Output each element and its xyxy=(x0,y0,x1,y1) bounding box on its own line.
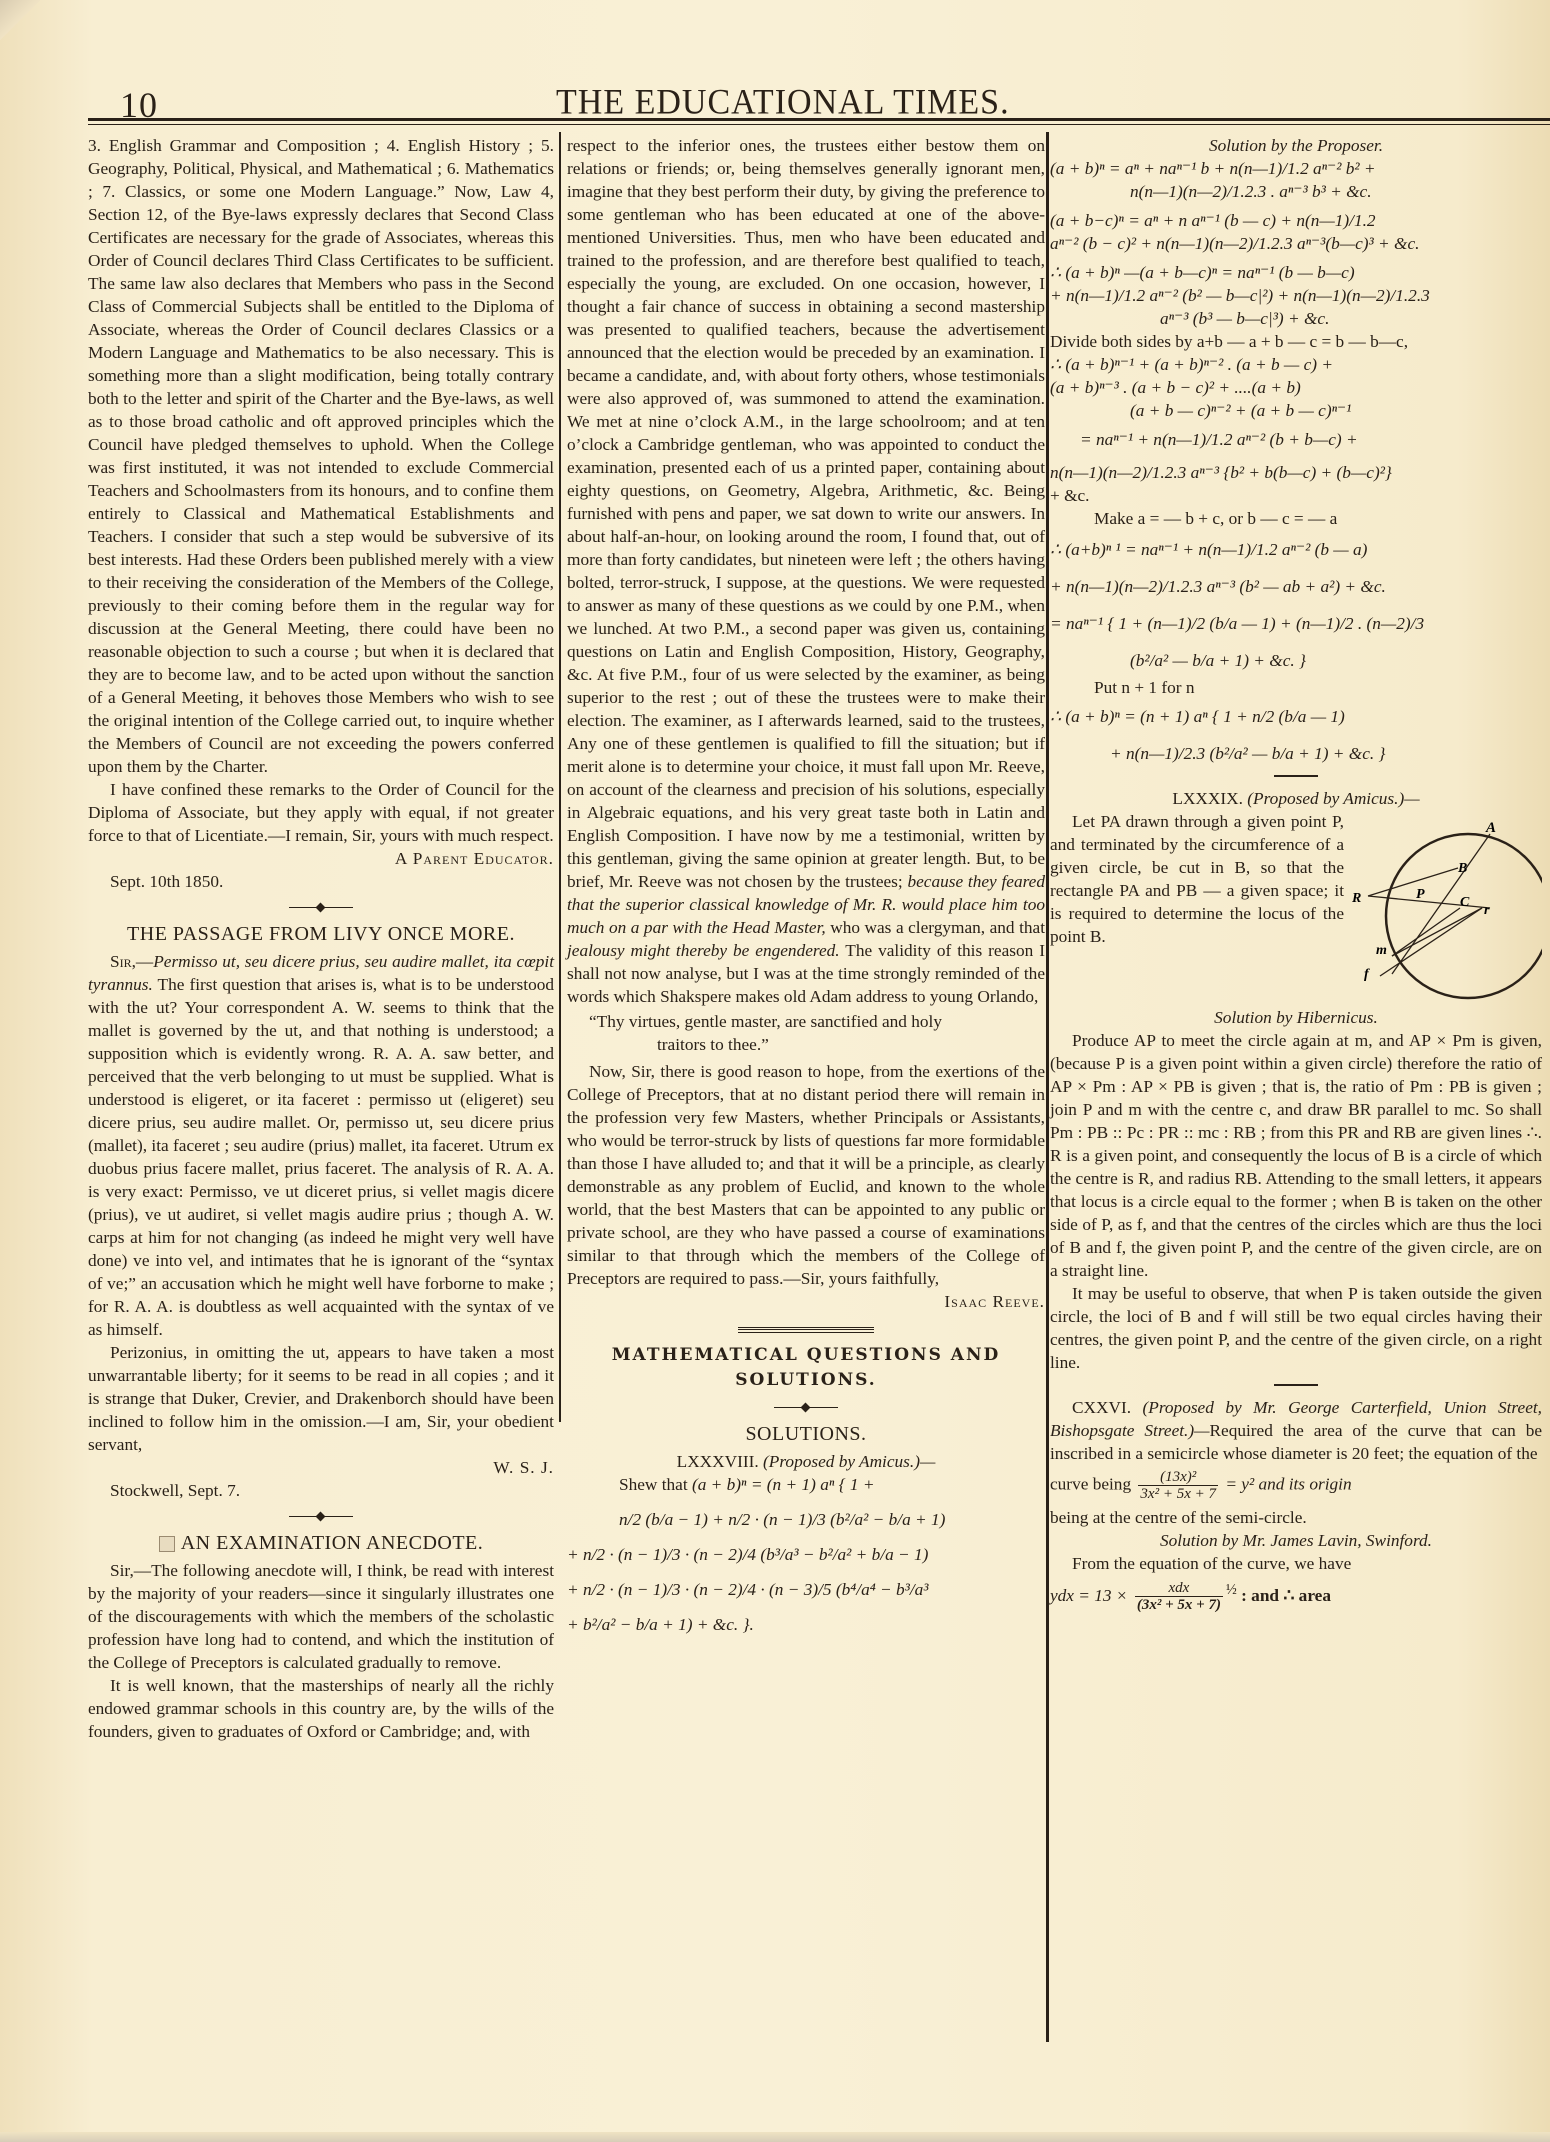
ornament-divider xyxy=(289,1512,353,1522)
equation-line: aⁿ⁻³ (b³ — b—c|³) + &c. xyxy=(1050,307,1542,330)
column-divider-1 xyxy=(559,132,561,1422)
geometry-figure: A B R P C r m f xyxy=(1350,810,1542,1006)
letter-paragraph: 3. English Grammar and Composition ; 4. … xyxy=(88,134,554,778)
equation-line: ∴ (a+b)ⁿ ¹ = naⁿ⁻¹ + n(n—1)/1.2 aⁿ⁻² (b … xyxy=(1050,538,1542,561)
article-signature: W. S. J. xyxy=(88,1456,554,1479)
article-paragraph: It is well known, that the masterships o… xyxy=(88,1674,554,1743)
equation-text: (a + b)ⁿ = (n + 1) aⁿ { 1 + xyxy=(692,1475,875,1494)
equation-line: + n(n—1)/1.2 aⁿ⁻² (b² — b—c|²) + n(n—1)(… xyxy=(1050,284,1542,307)
solution-paragraph: It may be useful to observe, that when P… xyxy=(1050,1282,1542,1374)
page-curl-corner xyxy=(0,0,40,40)
salutation: Sir,— xyxy=(110,952,153,971)
ornament-divider xyxy=(774,1403,838,1413)
equation-line: + b²/a² − b/a + 1) + &c. }. xyxy=(567,1613,1045,1636)
article-paragraph: Sir,—Permisso ut, seu dicere prius, seu … xyxy=(88,950,554,1341)
article-paragraph: Sir,—The following anecdote will, I thin… xyxy=(88,1559,554,1674)
denominator: 3x² + 5x + 7 xyxy=(1138,1486,1218,1502)
equation-line: = naⁿ⁻¹ + n(n—1)/1.2 aⁿ⁻² (b + b—c) + xyxy=(1050,428,1542,451)
newspaper-page: 10 THE EDUCATIONAL TIMES. 3. English Gra… xyxy=(0,0,1550,2142)
svg-text:C: C xyxy=(1460,895,1470,910)
equation-line: + n(n—1)(n—2)/1.2.3 aⁿ⁻³ (b² — ab + a²) … xyxy=(1050,575,1542,598)
masthead-rule xyxy=(88,118,1550,125)
problem-proposer: (Proposed by Amicus.)— xyxy=(763,1452,935,1471)
solution-heading: Solution by Hibernicus. xyxy=(1050,1006,1542,1029)
equation-lead: ydx = 13 × xyxy=(1050,1586,1128,1605)
newspaper-title: THE EDUCATIONAL TIMES. xyxy=(556,83,1010,123)
article-place-date: Stockwell, Sept. 7. xyxy=(88,1479,554,1502)
subsection-heading: SOLUTIONS. xyxy=(567,1423,1045,1446)
letter-date: Sept. 10th 1850. xyxy=(88,870,554,893)
numerator: (13x)² xyxy=(1138,1469,1218,1486)
quote-line: “Thy virtues, gentle master, are sanctif… xyxy=(589,1012,942,1031)
article-paragraph: Now, Sir, there is good reason to hope, … xyxy=(567,1060,1045,1290)
solution-heading: Solution by the Proposer. xyxy=(1050,134,1542,157)
svg-text:B: B xyxy=(1457,861,1467,876)
equation-line: n(n—1)(n—2)/1.2.3 aⁿ⁻³ {b² + b(b—c) + (b… xyxy=(1050,461,1542,484)
equation-line: + n/2 · (n − 1)/3 · (n − 2)/4 (b³/a³ − b… xyxy=(567,1543,1045,1566)
italic-text: jealousy might thereby be engendered. xyxy=(567,941,840,960)
article-heading: AN EXAMINATION ANECDOTE. xyxy=(88,1532,554,1555)
equation-line: Make a = — b + c, or b — c = — a xyxy=(1050,507,1542,530)
problem-proposer: (Proposed by Amicus.)— xyxy=(1247,789,1419,808)
solution-lead: From the equation of the curve, we have xyxy=(1050,1552,1542,1575)
equation-line: Shew that (a + b)ⁿ = (n + 1) aⁿ { 1 + xyxy=(567,1473,1045,1496)
equation-line: (a + b)ⁿ = aⁿ + naⁿ⁻¹ b + n(n—1)/1.2 aⁿ⁻… xyxy=(1050,157,1542,180)
section-heading: MATHEMATICAL QUESTIONS AND SOLUTIONS. xyxy=(567,1343,1045,1393)
column-3: Solution by the Proposer. (a + b)ⁿ = aⁿ … xyxy=(1050,134,1542,1613)
svg-text:f: f xyxy=(1364,967,1370,982)
equation-line: aⁿ⁻² (b − c)² + n(n—1)(n—2)/1.2.3 aⁿ⁻³(b… xyxy=(1050,232,1542,255)
problem-number: LXXXVIII. xyxy=(677,1452,759,1471)
fraction: xdx(3x² + 5x + 7) xyxy=(1135,1580,1223,1613)
article-signature: Isaac Reeve. xyxy=(567,1290,1045,1313)
paragraph-text: The first question that arises is, what … xyxy=(88,975,554,1339)
equation-line: ∴ (a + b)ⁿ⁻¹ + (a + b)ⁿ⁻² . (a + b — c) … xyxy=(1050,353,1542,376)
problem-with-figure: A B R P C r m f Let PA drawn through a g… xyxy=(1050,810,1542,1006)
statement-end: being at the centre of the semi-circle. xyxy=(1050,1506,1542,1529)
article-paragraph: respect to the inferior ones, the truste… xyxy=(567,134,1045,1008)
equation-line: n/2 (b/a − 1) + n/2 · (n − 1)/3 (b²/a² −… xyxy=(567,1508,1045,1531)
exponent: ½ xyxy=(1226,1582,1237,1598)
problem-title: LXXXIX. (Proposed by Amicus.)— xyxy=(1050,787,1542,810)
paragraph-text: who was a clergyman, and that xyxy=(830,918,1045,937)
equation-line: + n/2 · (n − 1)/3 · (n − 2)/4 · (n − 3)/… xyxy=(567,1578,1045,1601)
curve-equation: curve being (13x)²3x² + 5x + 7 = y² and … xyxy=(1050,1469,1542,1502)
article-paragraph: Perizonius, in omitting the ut, appears … xyxy=(88,1341,554,1456)
paper-clip-mark-icon xyxy=(159,1536,175,1552)
equation-line: Divide both sides by a+b — a + b — c = b… xyxy=(1050,330,1542,353)
circle-diagram-icon: A B R P C r m f xyxy=(1350,810,1542,1006)
svg-text:P: P xyxy=(1416,887,1425,902)
svg-text:r: r xyxy=(1484,903,1490,918)
solution-paragraph: Produce AP to meet the circle again at m… xyxy=(1050,1029,1542,1282)
integral-equation: ydx = 13 × xdx(3x² + 5x + 7)½ : and ∴ ar… xyxy=(1050,1579,1542,1613)
equation-line: ∴ (a + b)ⁿ —(a + b—c)ⁿ = naⁿ⁻¹ (b — b—c) xyxy=(1050,261,1542,284)
svg-text:m: m xyxy=(1376,943,1387,958)
solution-heading: Solution by Mr. James Lavin, Swinford. xyxy=(1050,1529,1542,1552)
denominator: (3x² + 5x + 7) xyxy=(1135,1597,1223,1613)
quote-line: traitors to thee.” xyxy=(597,1033,1045,1056)
short-divider xyxy=(1274,775,1318,777)
fraction: (13x)²3x² + 5x + 7 xyxy=(1138,1469,1218,1502)
equation-line: ∴ (a + b)ⁿ = (n + 1) aⁿ { 1 + n/2 (b/a —… xyxy=(1050,705,1542,728)
paragraph-text: respect to the inferior ones, the truste… xyxy=(567,136,1045,891)
short-divider xyxy=(1274,1384,1318,1386)
problem-number: CXXVI. xyxy=(1072,1398,1131,1417)
problem-statement: CXXVI. (Proposed by Mr. George Carterfie… xyxy=(1050,1396,1542,1465)
equation-line: (a + b — c)ⁿ⁻² + (a + b — c)ⁿ⁻¹ xyxy=(1050,399,1542,422)
shakespeare-quote: “Thy virtues, gentle master, are sanctif… xyxy=(575,1010,1045,1056)
heading-text: AN EXAMINATION ANECDOTE. xyxy=(181,1532,484,1554)
equation-line: = naⁿ⁻¹ { 1 + (n—1)/2 (b/a — 1) + (n—1)/… xyxy=(1050,612,1542,635)
statement-lead: Shew that xyxy=(619,1475,688,1494)
problem-title: LXXXVIII. (Proposed by Amicus.)— xyxy=(567,1450,1045,1473)
equation-tail: : and ∴ area xyxy=(1241,1586,1331,1605)
letter-paragraph: I have confined these remarks to the Ord… xyxy=(88,778,554,847)
equation-line: n(n—1)(n—2)/1.2.3 . aⁿ⁻³ b³ + &c. xyxy=(1050,180,1542,203)
equation-line: + &c. xyxy=(1050,484,1542,507)
equation-line: (b²/a² — b/a + 1) + &c. } xyxy=(1050,649,1542,672)
ornament-divider xyxy=(289,903,353,913)
page-bottom-edge xyxy=(0,2132,1550,2142)
equation-line: + n(n—1)/2.3 (b²/a² — b/a + 1) + &c. } xyxy=(1050,742,1542,765)
svg-text:A: A xyxy=(1485,820,1496,836)
article-heading: THE PASSAGE FROM LIVY ONCE MORE. xyxy=(88,923,554,946)
section-rule xyxy=(738,1327,874,1333)
numerator: xdx xyxy=(1135,1580,1223,1597)
column-2: respect to the inferior ones, the truste… xyxy=(567,134,1045,1636)
letter-signature: A Parent Educator. xyxy=(88,847,554,870)
equation-line: Put n + 1 for n xyxy=(1050,676,1542,699)
equation-tail: = y² and its origin xyxy=(1225,1474,1351,1493)
equation-line: (a + b)ⁿ⁻³ . (a + b − c)² + ....(a + b) xyxy=(1050,376,1542,399)
column-1: 3. English Grammar and Composition ; 4. … xyxy=(88,134,554,1743)
column-divider-2 xyxy=(1046,132,1049,2042)
equation-line: (a + b−c)ⁿ = aⁿ + n aⁿ⁻¹ (b — c) + n(n—1… xyxy=(1050,209,1542,232)
problem-number: LXXXIX. xyxy=(1172,789,1243,808)
svg-text:R: R xyxy=(1351,891,1361,906)
equation-lead: curve being xyxy=(1050,1474,1131,1493)
